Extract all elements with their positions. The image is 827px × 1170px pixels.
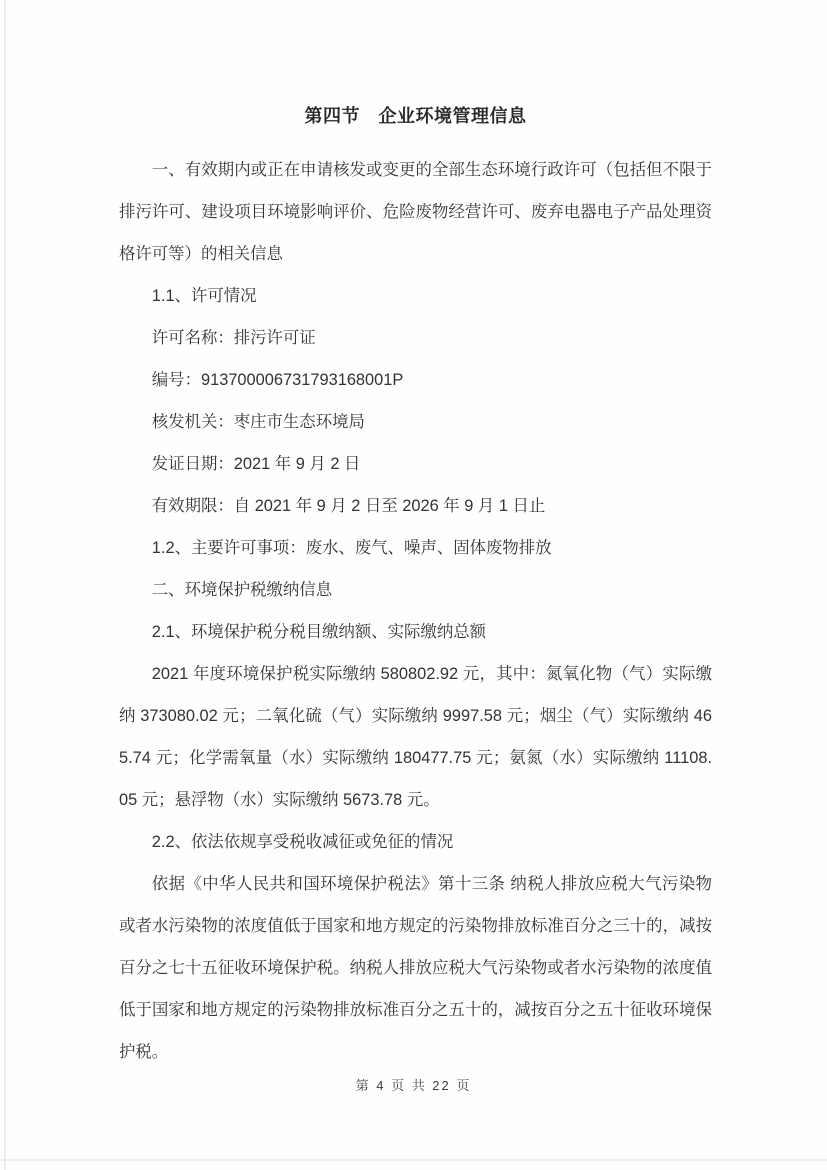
- document-body: 第四节 企业环境管理信息 一、有效期内或正在申请核发或变更的全部生态环境行政许可…: [119, 103, 712, 1073]
- para-heading-2: 二、环境保护税缴纳信息: [119, 569, 712, 611]
- scan-edge-left: [4, 0, 6, 1170]
- para-heading-2-2: 2.2、依法依规享受税收减征或免征的情况: [119, 821, 712, 863]
- para-validity-period: 有效期限：自 2021 年 9 月 2 日至 2026 年 9 月 1 日止: [119, 485, 712, 527]
- scan-edge-bottom: [0, 1159, 827, 1161]
- para-tax-paid-details: 2021 年度环境保护税实际缴纳 580802.92 元，其中：氮氧化物（气）实…: [119, 653, 712, 821]
- para-section-1-intro: 一、有效期内或正在申请核发或变更的全部生态环境行政许可（包括但不限于排污许可、建…: [119, 149, 712, 275]
- para-permit-name: 许可名称：排污许可证: [119, 317, 712, 359]
- para-heading-1-1: 1.1、许可情况: [119, 275, 712, 317]
- page-title: 第四节 企业环境管理信息: [119, 103, 712, 129]
- para-heading-2-1: 2.1、环境保护税分税目缴纳额、实际缴纳总额: [119, 611, 712, 653]
- para-issue-date: 发证日期：2021 年 9 月 2 日: [119, 443, 712, 485]
- para-tax-reduction-details: 依据《中华人民共和国环境保护税法》第十三条 纳税人排放应税大气污染物或者水污染物…: [119, 863, 712, 1073]
- document-page: 第四节 企业环境管理信息 一、有效期内或正在申请核发或变更的全部生态环境行政许可…: [0, 0, 827, 1170]
- para-issuing-authority: 核发机关：枣庄市生态环境局: [119, 401, 712, 443]
- para-heading-1-2: 1.2、主要许可事项：废水、废气、噪声、固体废物排放: [119, 527, 712, 569]
- page-footer: 第 4 页 共 22 页: [0, 1075, 827, 1094]
- para-permit-number: 编号：913700006731793168001P: [119, 359, 712, 401]
